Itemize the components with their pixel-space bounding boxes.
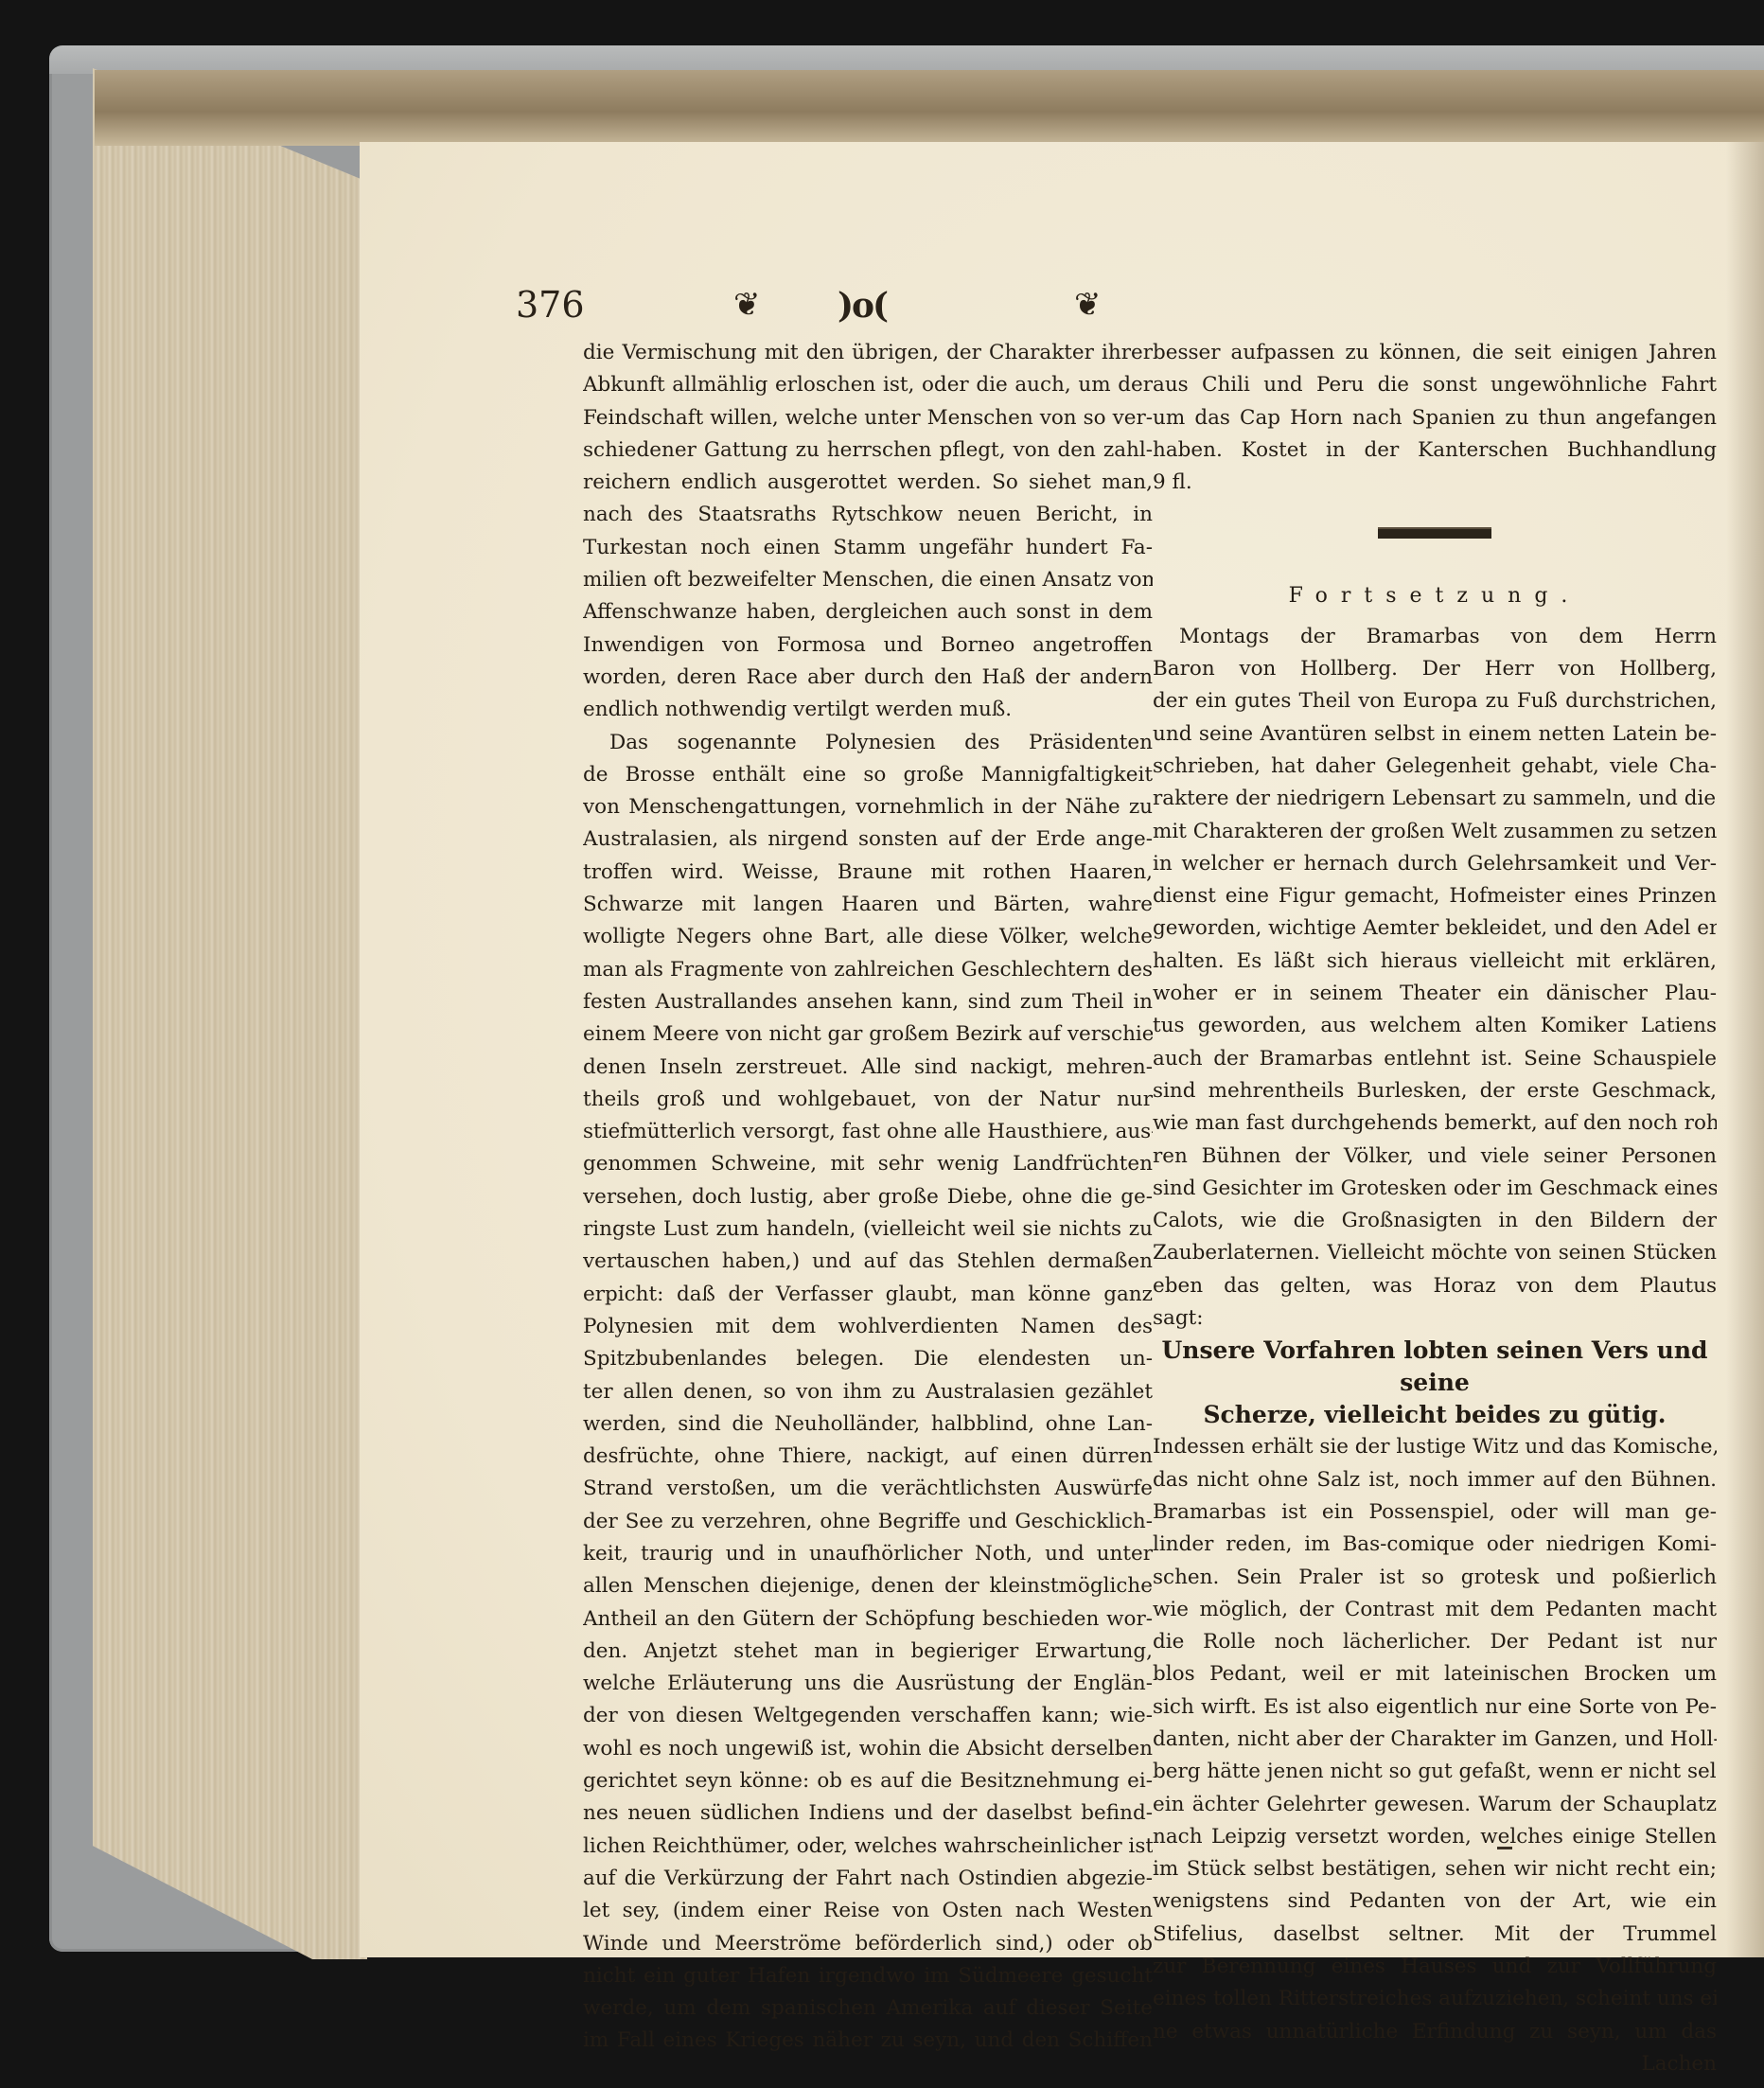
text-line: versehen, doch lustig, aber große Diebe,… (583, 1181, 1153, 1213)
text-line: man als Fragmente von zahlreichen Geschl… (583, 954, 1153, 986)
text-line: denen Inseln zerstreuet. Alle sind nacki… (583, 1052, 1153, 1084)
text-line: ter allen denen, so von ihm zu Australas… (583, 1376, 1153, 1408)
book-cover-top-edge (49, 45, 1764, 74)
text-line: der von diesen Weltgegenden verschaffen … (583, 1700, 1153, 1732)
text-line: erpicht: daß der Verfasser glaubt, man k… (583, 1279, 1153, 1311)
text-line: ein ächter Gelehrter gewesen. Warum der … (1153, 1789, 1717, 1821)
text-line: nach des Staatsraths Rytschkow neuen Ber… (583, 499, 1153, 531)
text-line: Schwarze mit langen Haaren und Bärten, w… (583, 889, 1153, 921)
price-line: 9 fl. (1153, 467, 1717, 499)
text-line: lichen Reichthümer, oder, welches wahrsc… (583, 1831, 1153, 1863)
text-line: Antheil an den Gütern der Schöpfung besc… (583, 1603, 1153, 1636)
page-header: 376 ❦ )o( ❦ (407, 284, 1713, 331)
text-line: in welcher er hernach durch Gelehrsamkei… (1153, 848, 1717, 880)
text-line: eben das gelten, was Horaz von dem Plaut… (1153, 1270, 1717, 1302)
text-line: Turkestan noch einen Stamm ungefähr hund… (583, 532, 1153, 564)
text-line: reichern endlich ausgerottet werden. So … (583, 467, 1153, 499)
text-line: wie möglich, der Contrast mit dem Pedant… (1153, 1594, 1717, 1626)
text-line: nach Leipzig versetzt worden, welches ei… (1153, 1821, 1717, 1853)
header-ornament: )o( (838, 286, 887, 326)
text-line: besser aufpassen zu können, die seit ein… (1153, 337, 1717, 369)
text-line: die Vermischung mit den übrigen, der Cha… (583, 337, 1153, 369)
text-line: ringste Lust zum handeln, (vielleicht we… (583, 1213, 1153, 1246)
text-line: auf die Verkürzung der Fahrt nach Ostind… (583, 1863, 1153, 1895)
text-line: wie man fast durchgehends bemerkt, auf d… (1153, 1107, 1717, 1140)
text-line: sind mehrentheils Burlesken, der erste G… (1153, 1075, 1717, 1107)
text-line: Inwendigen von Formosa und Borneo angetr… (583, 629, 1153, 662)
text-line: mit Charakteren der großen Welt zusammen… (1153, 816, 1717, 848)
text-line: allen Menschen diejenige, denen der klei… (583, 1570, 1153, 1602)
text-line: berg hätte jenen nicht so gut gefaßt, we… (1153, 1756, 1717, 1788)
text-line: let sey, (indem einer Reise von Osten na… (583, 1895, 1153, 1927)
text-line: vertauschen haben,) und auf das Stehlen … (583, 1246, 1153, 1278)
text-line: Stifelius, daselbst seltner. Mit der Tru… (1153, 1919, 1717, 1951)
text-line: Australasien, als nirgend sonsten auf de… (583, 823, 1153, 856)
horace-quote-line: Scherze, vielleicht beides zu gütig. (1153, 1399, 1717, 1431)
text-line: woher er in seinem Theater ein dänischer… (1153, 978, 1717, 1010)
text-line: gerichtet seyn könne: ob es auf die Besi… (583, 1765, 1153, 1797)
text-line: von Menschengattungen, vornehmlich in de… (583, 791, 1153, 823)
page-edges-left (93, 68, 367, 1959)
text-line: Baron von Hollberg. Der Herr von Hollber… (1153, 653, 1717, 685)
text-line: tus geworden, aus welchem alten Komiker … (1153, 1010, 1717, 1042)
catchword: Lachen (1153, 2048, 1717, 2080)
text-line: milien oft bezweifelter Menschen, die ei… (583, 564, 1153, 596)
text-line: sich wirft. Es ist also eigentlich nur e… (1153, 1691, 1717, 1724)
text-line: keit, traurig und in unaufhörlicher Noth… (583, 1538, 1153, 1570)
text-line: ren Bühnen der Völker, und viele seiner … (1153, 1141, 1717, 1173)
text-line: Indessen erhält sie der lustige Witz und… (1153, 1431, 1717, 1463)
shell-ornament-icon: ❦ (733, 286, 761, 324)
text-line: den. Anjetzt stehet man in begieriger Er… (583, 1636, 1153, 1668)
text-line: werden, sind die Neuholländer, halbblind… (583, 1408, 1153, 1441)
text-line: Strand verstoßen, um die verächtlichsten… (583, 1473, 1153, 1505)
text-line: wohl es noch ungewiß ist, wohin die Absi… (583, 1733, 1153, 1765)
text-line: Polynesien mit dem wohlverdienten Namen … (583, 1311, 1153, 1343)
text-line: welche Erläuterung uns die Ausrüstung de… (583, 1668, 1153, 1700)
text-line: endlich nothwendig vertilgt werden muß. (583, 694, 1153, 726)
text-line: ne etwas unnatürliche Erfindung zu seyn,… (1153, 2016, 1717, 2048)
text-line: Spitzbubenlandes belegen. Die elendesten… (583, 1343, 1153, 1375)
horace-quote-line: Unsere Vorfahren lobten seinen Vers und … (1153, 1335, 1717, 1399)
text-line: Feindschaft willen, welche unter Mensche… (583, 402, 1153, 434)
print-mark (1497, 1847, 1512, 1849)
text-line: im Fall eines Krieges näher zu seyn, und… (583, 2025, 1153, 2057)
text-line: Calots, wie die Großnasigten in den Bild… (1153, 1205, 1717, 1237)
text-line: troffen wird. Weisse, Braune mit rothen … (583, 857, 1153, 889)
left-column: die Vermischung mit den übrigen, der Cha… (583, 337, 1153, 2058)
text-line: Bramarbas ist ein Possenspiel, oder will… (1153, 1496, 1717, 1529)
text-line: festen Australlandes ansehen kann, sind … (583, 986, 1153, 1018)
text-line: schen. Sein Praler ist so grotesk und po… (1153, 1562, 1717, 1594)
text-line: linder reden, im Bas-comique oder niedri… (1153, 1529, 1717, 1561)
section-divider-rule (1378, 527, 1491, 539)
text-line: der ein gutes Theil von Europa zu Fuß du… (1153, 685, 1717, 717)
page-number: 376 (516, 284, 585, 326)
text-line: halten. Es läßt sich hieraus vielleicht … (1153, 946, 1717, 978)
text-line: genommen Schweine, mit sehr wenig Landfr… (583, 1148, 1153, 1180)
text-line: desfrüchte, ohne Thiere, nackigt, auf ei… (583, 1441, 1153, 1473)
text-line: werde, um dem spanischen Amerika auf die… (583, 1992, 1153, 2025)
text-line: im Stück selbst bestätigen, sehen wir ni… (1153, 1853, 1717, 1885)
text-line: haben. Kostet in der Kanterschen Buchhan… (1153, 434, 1717, 467)
text-line: auch der Bramarbas entlehnt ist. Seine S… (1153, 1043, 1717, 1075)
text-line: geworden, wichtige Aemter bekleidet, und… (1153, 912, 1717, 945)
text-line: Affenschwanze haben, dergleichen auch so… (583, 596, 1153, 628)
text-line: dienst eine Figur gemacht, Hofmeister ei… (1153, 880, 1717, 912)
shell-ornament-icon: ❦ (1074, 286, 1102, 324)
text-line: theils groß und wohlgebauet, von der Nat… (583, 1084, 1153, 1116)
text-line: der See zu verzehren, ohne Begriffe und … (583, 1506, 1153, 1538)
right-column: besser aufpassen zu können, die seit ein… (1153, 337, 1717, 2080)
text-line: sind Gesichter im Grotesken oder im Gesc… (1153, 1173, 1717, 1205)
text-line: worden, deren Race aber durch den Haß de… (583, 662, 1153, 694)
page-edges-top (95, 70, 1764, 146)
text-line: Zauberlaternen. Vielleicht möchte von se… (1153, 1237, 1717, 1269)
text-line: nes neuen südlichen Indiens und der dase… (583, 1797, 1153, 1830)
text-line: zur Berennung eines Hauses und zur Vollf… (1153, 1951, 1717, 1983)
text-line: einem Meere von nicht gar großem Bezirk … (583, 1018, 1153, 1051)
text-line: um das Cap Horn nach Spanien zu thun ang… (1153, 402, 1717, 434)
text-line: nicht ein guter Hafen irgendwo im Südmee… (583, 1960, 1153, 1992)
paragraph-start: Das sogenannte Polynesien des Präsidente… (583, 727, 1153, 759)
text-line: de Brosse enthält eine so große Mannigfa… (583, 759, 1153, 791)
paragraph-start: Montags der Bramarbas von dem Herrn (1153, 621, 1717, 653)
text-line: schrieben, hat daher Gelegenheit gehabt,… (1153, 751, 1717, 783)
text-line: Winde und Meerströme beförderlich sind,)… (583, 1928, 1153, 1960)
text-line: wolligte Negers ohne Bart, alle diese Vö… (583, 921, 1153, 953)
text-line: sagt: (1153, 1302, 1717, 1335)
text-line: und seine Avantüren selbst in einem nett… (1153, 718, 1717, 751)
section-heading: Fortsetzung. (1153, 580, 1717, 612)
text-line: eines tollen Ritterstreiches aufzuziehen… (1153, 1983, 1717, 2015)
text-line: wenigstens sind Pedanten von der Art, wi… (1153, 1885, 1717, 1918)
text-line: stiefmütterlich versorgt, fast ohne alle… (583, 1116, 1153, 1148)
text-line: blos Pedant, weil er mit lateinischen Br… (1153, 1658, 1717, 1690)
text-line: schiedener Gattung zu herrschen pflegt, … (583, 434, 1153, 467)
page-gutter-shadow (1726, 142, 1764, 1957)
text-line: das nicht ohne Salz ist, noch immer auf … (1153, 1464, 1717, 1496)
text-line: Abkunft allmählig erloschen ist, oder di… (583, 369, 1153, 401)
text-line: die Rolle noch lächerlicher. Der Pedant … (1153, 1626, 1717, 1658)
text-line: danten, nicht aber der Charakter im Ganz… (1153, 1724, 1717, 1756)
text-line: aus Chili und Peru die sonst ungewöhnlic… (1153, 369, 1717, 401)
text-line: raktere der niedrigern Lebensart zu samm… (1153, 783, 1717, 815)
